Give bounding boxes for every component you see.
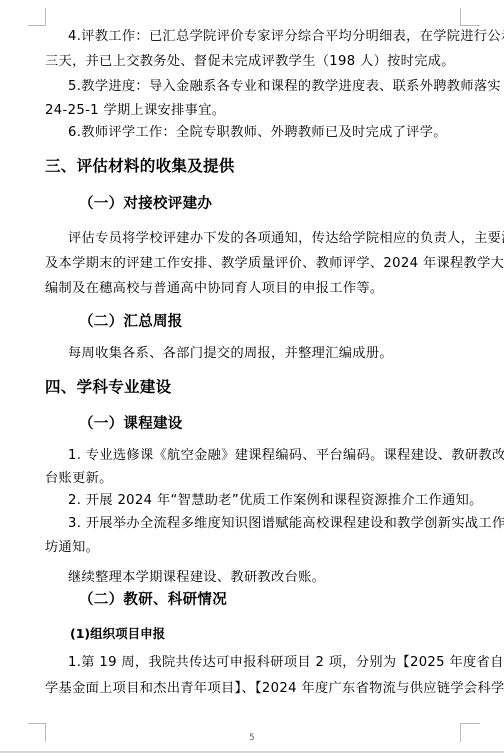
section-heading: 四、学科专业建设: [45, 378, 171, 396]
document-page: 4.评教工作：已汇总学院评价专家评分综合平均分明细表，在学院进行公示 三天，并已…: [0, 0, 504, 751]
margin-corner-bottom-right: [460, 723, 480, 742]
subsection-heading: （二）教研、科研情况: [79, 591, 227, 609]
paragraph-line: 3. 开展举办全流程多维度知识图谱赋能高校课程建设和教学创新实战工作: [68, 516, 460, 532]
paragraph-line: 三天，并已上交教务处、督促未完成评教学生（198 人）按时完成。: [45, 54, 460, 70]
paragraph-line: 24-25-1 学期上课安排事宜。: [45, 103, 460, 119]
subsection-heading: （二）汇总周报: [79, 313, 183, 331]
paragraph-line: 及本学期末的评建工作安排、教学质量评价、教师评学、2024 年课程教学大纲: [45, 256, 460, 272]
subsection-heading: （一）课程建设: [79, 415, 183, 433]
paragraph-line: 1. 专业选修课《航空金融》建课程编码、平台编码。课程建设、教研教改: [68, 448, 460, 464]
margin-corner-top-left: [28, 8, 46, 26]
paragraph-line: 评估专员将学校评建办下发的各项通知，传达给学院相应的负责人，主要涉: [68, 231, 460, 247]
subsection-heading: （一）对接校评建办: [79, 195, 212, 213]
section-heading: 三、评估材料的收集及提供: [45, 157, 235, 175]
paragraph-line: 1.第 19 周，我院共传达可申报科研项目 2 项，分别为【2025 年度省自然…: [68, 655, 460, 671]
paragraph-line: 台账更新。: [45, 471, 460, 487]
paragraph-line: 5.教学进度：导入金融系各专业和课程的教学进度表、联系外聘教师落实: [68, 79, 460, 95]
paragraph-line: 编制及在穗高校与普通高中协同育人项目的申报工作等。: [45, 281, 460, 297]
paragraph-line: 学基金面上项目和杰出青年项目】、【2024 年度广东省物流与供应链学会科学: [45, 681, 460, 697]
paragraph-line: 继续整理本学期课程建设、教研教改台账。: [68, 570, 325, 586]
paragraph-line: 坊通知。: [45, 540, 460, 556]
page-number: 5: [249, 733, 255, 743]
margin-corner-bottom-left: [28, 723, 46, 742]
paragraph-line: 6.教师评学工作：全院专职教师、外聘教师已及时完成了评学。: [68, 125, 447, 141]
margin-corner-top-right: [460, 8, 480, 26]
paragraph-line: 每周收集各系、各部门提交的周报，并整理汇编成册。: [68, 346, 393, 362]
sub-subsection-heading: (1)组织项目申报: [70, 626, 165, 642]
paragraph-line: 2. 开展 2024 年“智慧助老”优质工作案例和课程资源推介工作通知。: [68, 493, 483, 509]
paragraph-line: 4.评教工作：已汇总学院评价专家评分综合平均分明细表，在学院进行公示: [68, 29, 460, 45]
